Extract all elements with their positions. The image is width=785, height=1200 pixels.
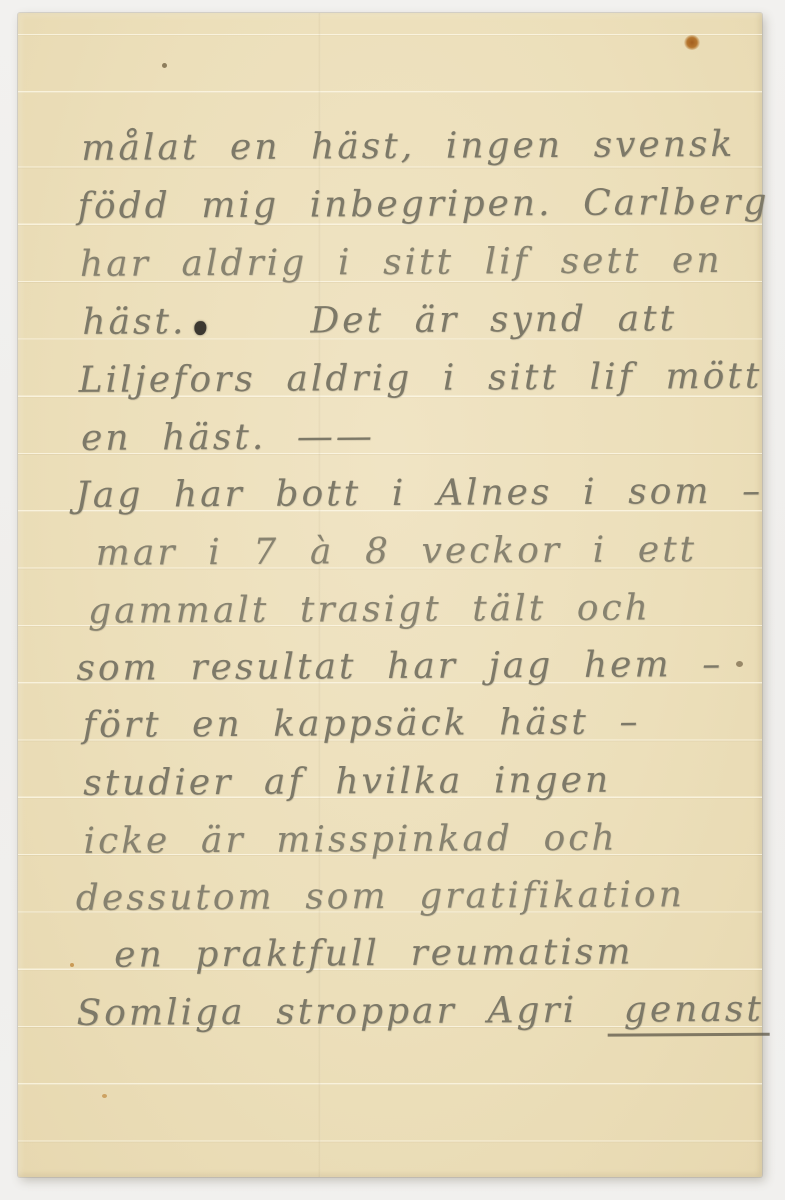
handwritten-line: född mig inbegripen. Carlberg	[77, 182, 769, 227]
handwritten-line: häst.Det är synd att	[82, 298, 677, 343]
letter-page: målat en häst, ingen svensk född mig inb…	[18, 13, 762, 1177]
photo-background: målat en häst, ingen svensk född mig inb…	[0, 0, 785, 1200]
handwritten-word: häst.	[82, 301, 186, 343]
handwritten-line: icke är misspinkad och	[83, 818, 617, 862]
handwritten-line: en häst. ——	[81, 416, 375, 459]
handwritten-line: målat en häst, ingen svensk	[81, 124, 735, 169]
handwritten-line: som resultat har jag hem –	[76, 644, 723, 689]
handwriting-layer: målat en häst, ingen svensk född mig inb…	[14, 11, 765, 1180]
handwritten-line: en praktfull reumatism	[114, 932, 633, 976]
handwritten-phrase: Somliga stroppar Agri	[76, 990, 577, 1034]
handwritten-line: har aldrig i sitt lif sett en	[80, 240, 723, 285]
handwritten-line: Somliga stroppar Agri genast	[76, 989, 770, 1034]
handwritten-line: studier af hvilka ingen	[83, 760, 611, 804]
handwritten-line: dessutom som gratifikation	[76, 874, 685, 919]
underlined-word: genast	[608, 989, 770, 1037]
handwritten-line: Jag har bott i Alnes i som –	[75, 471, 763, 516]
handwritten-line: Liljefors aldrig i sitt lif mött	[79, 356, 763, 401]
ink-blot	[194, 321, 206, 335]
handwritten-line: mar i 7 à 8 veckor i ett	[96, 529, 698, 574]
handwritten-line: fört en kappsäck häst –	[83, 701, 641, 745]
handwritten-phrase: Det är synd att	[310, 298, 677, 341]
handwritten-line: gammalt trasigt tält och	[88, 587, 651, 631]
